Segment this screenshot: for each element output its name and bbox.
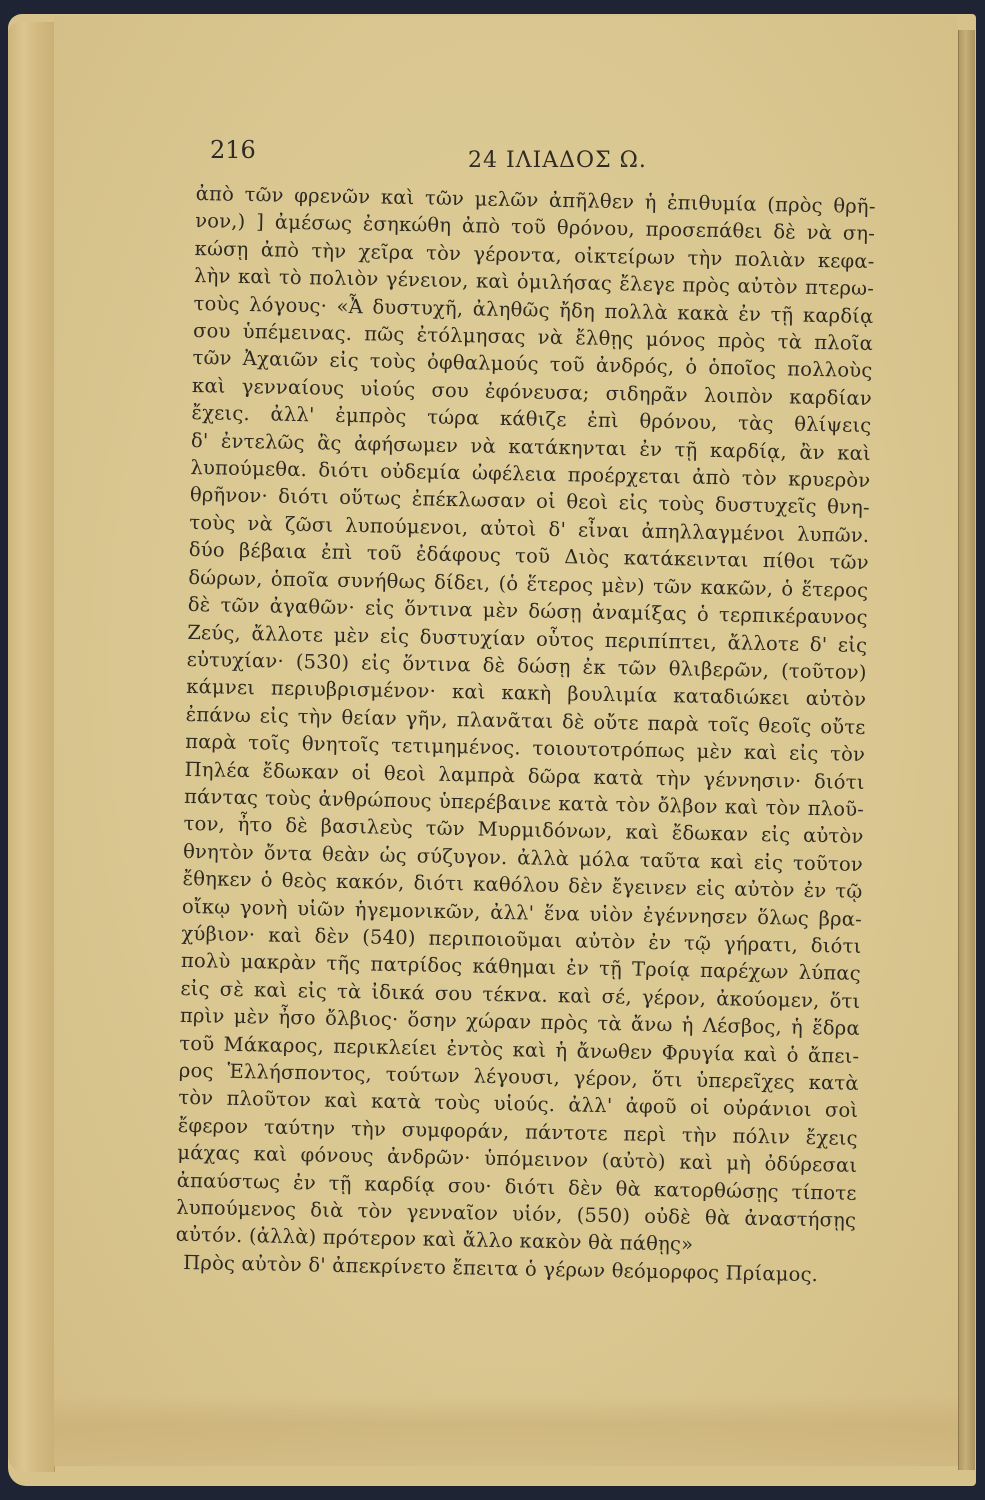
page-edges [8,22,55,1472]
book-spine-gutter [958,30,975,1470]
body-text: ἀπὸ τῶν φρενῶν καὶ τῶν μελῶν ἀπῆλθεν ἡ ἐ… [175,180,876,1289]
page-number: 216 [210,136,256,164]
water-stain [54,1396,958,1466]
page-header: 216 24 ΙΛΙΑΔΟΣ Ω. [210,136,850,176]
running-head: 24 ΙΛΙΑΔΟΣ Ω. [468,148,647,173]
